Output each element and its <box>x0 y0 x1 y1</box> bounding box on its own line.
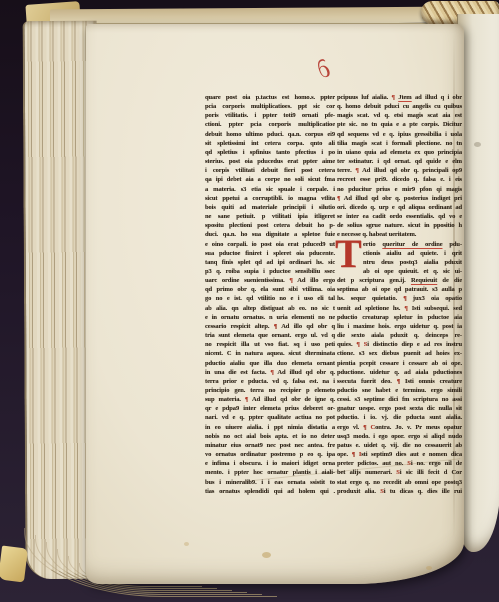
text-line: sterius. post oia pducedus erat ppter ai… <box>205 157 335 166</box>
text-line: e oino corpali. io post oia erat pduced9… <box>205 240 335 249</box>
text-line: pductio aialiu que illa duo elemeta orna… <box>205 359 335 368</box>
text-line: ori. dicedo q. urp e qd aliqua ordinant … <box>337 203 462 212</box>
text-line: pientia pcepit cessare i cessare ab oi o… <box>337 359 462 368</box>
text-line: hs. sequr quietatio. ¶ jux3 oia opatio <box>337 294 462 303</box>
drop-cap-initial: T <box>335 236 360 274</box>
pilcrow-mark: ¶ <box>397 378 400 385</box>
pilcrow-mark: ¶ <box>403 295 406 302</box>
text-line: liu i maxime hois. ergo uidetur q. post … <box>337 322 462 331</box>
text-line: ope. ¶ Isti septim9 dies aut e nomen dic… <box>337 450 462 459</box>
text-line: preter pdictos. aut no. Si no. ergo nil … <box>337 459 462 468</box>
pilcrow-mark: ¶ <box>337 195 340 202</box>
text-line: sicut ppetui a corruptibli. io magna vtl… <box>205 194 335 203</box>
red-underlined-text: queritur de ordine <box>382 241 442 248</box>
text-line: ctioni. ppter pcia corporis multiplicati… <box>205 120 335 129</box>
text-line: pductio. i io. vj. die pducta sunt aiali… <box>337 413 462 422</box>
text-line: pductio sne habet e terminu. ergo simili <box>337 386 462 395</box>
text-line: bois quiti ad materiale principii i silu… <box>205 203 335 212</box>
text-line: nari. vd e q. ppter qualitate actiua no … <box>205 413 335 422</box>
text-line: minatur eius ornat9 nec post nec antea. … <box>205 441 335 450</box>
text-line: ctione. s3 sex diebus puenit ad hoies ex… <box>337 349 462 358</box>
stain <box>262 552 271 558</box>
text-line: die sexto aiala pduxit q. deinceps re- <box>337 331 462 340</box>
book-photo: ∂ quare post oia p.tactus est homo.s. pp… <box>0 0 499 602</box>
pilcrow-mark: ¶ <box>289 277 292 284</box>
text-line: pcia corporis multiplicatioes. ppt sic c… <box>205 102 335 111</box>
text-line: pcipuus luf aialia. ¶ Jtem ad illud q i … <box>337 93 462 102</box>
rubricated-letter: S <box>380 488 384 495</box>
text-line: tilia magis scat i formali plectione. no… <box>337 139 462 148</box>
text-line: ssecuta fuerit deo. ¶ Isti omnis creatur… <box>337 377 462 386</box>
text-line: p3 q. roiba supia i pductoe sensibiliu s… <box>205 267 335 276</box>
text-line: qd sequens vd e q. ipius gressibilia i u… <box>337 130 462 139</box>
text-line: i corpis vtilitati debuit fieri post cet… <box>205 166 335 175</box>
text-line: nicent. C in natura aquea. sicut dtermin… <box>205 349 335 358</box>
text-line: quies. ¶ Si distinctio diep e ad res ins… <box>337 340 462 349</box>
text-line: ne sane petiuit. p vtilitati ipia itlige… <box>205 212 335 221</box>
text-line: go no e ist. qd vtilitio no e i uso eli … <box>205 294 335 303</box>
text-line: spositu plectioni post cetera debuit ho … <box>205 221 335 230</box>
stain <box>426 566 432 570</box>
text-line: e in ornatu ornatus. n uria elementi no … <box>205 313 335 322</box>
text-line: uarc ordine suenientissima. ¶ Ad illo er… <box>205 276 335 285</box>
text-line: gnatur uespe. ergo post sexta dic nulla … <box>337 404 462 413</box>
text-column-left: quare post oia p.tactus est homo.s. ppte… <box>205 93 335 496</box>
text-line: nobis no oct aial bois apta. et io no de… <box>205 432 335 441</box>
text-line: cessario respicit altep. ¶ Ad illo qd ob… <box>205 322 335 331</box>
text-line: bet alijs numerari. Si sic illi fecit d … <box>337 468 462 477</box>
stain <box>184 542 189 546</box>
text-line: qd primo obr q. ela sunt sibi vtilima. o… <box>205 285 335 294</box>
text-line: pductio creaturap spletur in pductoe aia <box>337 313 462 322</box>
rubricated-letter: I <box>359 451 361 458</box>
text-line: sit spletissimi int cetera corpa. qnto a… <box>205 139 335 148</box>
rubricated-letter: S <box>396 469 400 476</box>
text-line: stat ergo q. no recedit ab omni ope post… <box>337 478 462 487</box>
book-page: ∂ quare post oia p.tactus est homo.s. pp… <box>86 24 464 584</box>
text-line: duci. qa.n. ho sua dignitate a spletoe f… <box>205 230 335 239</box>
pilcrow-mark: ¶ <box>355 167 358 174</box>
text-line: pductione. uidetur q. ad aiala pductione… <box>337 368 462 377</box>
text-column-right: T pcipuus luf aialia. ¶ Jtem ad illud q … <box>337 93 462 496</box>
text-line: qr e pdpa9 inter elemeta prius deberet o… <box>205 404 335 413</box>
text-line: patus e. uidet q. vij. die no cessauerit… <box>337 441 462 450</box>
pilcrow-mark: ¶ <box>352 451 355 458</box>
text-line: bus i mineralib9. i i eas ornata ssistit… <box>205 478 335 487</box>
text-line: produxit alia. Si tu dicas q. dies ille … <box>337 487 462 496</box>
text-line: quare post oia p.tactus est homo.s. ppte… <box>205 93 335 102</box>
text-line: pte sic. no tn quia e a pte corpis. Dici… <box>337 120 462 129</box>
text-line: principio gen. terra no recipier p eleme… <box>205 386 335 395</box>
red-underlined-text: Requieuit <box>411 277 437 284</box>
text-line: ergo vl. ¶ Contra. Jo. v. Pr meus opatur <box>337 423 462 432</box>
text-line: cessi. s3 septime dici fm scriptura no a… <box>337 395 462 404</box>
text-line: in uiano quia ad elemeta ex quo principi… <box>337 148 462 157</box>
stain <box>474 142 481 147</box>
text-line: mento. i ppter hoc ornatur plantis i aia… <box>205 468 335 477</box>
red-underlined-text: Jtem <box>398 94 411 101</box>
text-line: sup materia. ¶ Ad illud qd obr de igne q… <box>205 395 335 404</box>
text-line: qd spletius i spfinius tanto pfectius i … <box>205 148 335 157</box>
pilcrow-mark: ¶ <box>392 94 395 101</box>
text-line: sua pductoe finiret i spleret oia pducen… <box>205 249 335 258</box>
pilcrow-mark: ¶ <box>245 396 248 403</box>
text-line: ¶ Ad illud qd obr q. posterius indiget p… <box>337 194 462 203</box>
text-line: tanq finis splet qd ad ipi ordinari hs. … <box>205 258 335 267</box>
pilcrow-mark: ¶ <box>363 424 366 431</box>
pilcrow-mark: ¶ <box>356 341 359 348</box>
pilcrow-mark: ¶ <box>404 305 407 312</box>
text-line: debuit homo ultimo pduci. qa.n. corpus e… <box>205 130 335 139</box>
text-line: in una die est facta. ¶ Ad illud qd obr … <box>205 368 335 377</box>
text-line: det p scriptura gen.ij. Requieuit de die <box>337 276 462 285</box>
rubricated-letter: S <box>364 341 368 348</box>
pilcrow-mark: ¶ <box>270 369 273 376</box>
quire-signature: ∂ <box>306 54 342 88</box>
text-line: recreet esse pri9. dicedo q. falsa e. i … <box>337 175 462 184</box>
text-line: in eo uiuere aialia. i ppt nimia distati… <box>205 423 335 432</box>
text-line: tias ornatus splendidi qui ad holem qui … <box>205 487 335 496</box>
text-line: a materia. s3 etia sic spuale i corpale.… <box>205 185 335 194</box>
text-line: qa ipi debet aia a corpe no soli sicut f… <box>205 175 335 184</box>
text-line: terre. ¶ Ad illud qd obr q. principali o… <box>337 166 462 175</box>
text-line: tria sunt elemeta que ornant. ergo ul. v… <box>205 331 335 340</box>
text-line: magis scat. vd q. etsi magis scat aia es… <box>337 111 462 120</box>
text-line: septima ab oi ope qd patrauit. s3 aulla … <box>337 285 462 294</box>
pilcrow-mark: ¶ <box>274 323 277 330</box>
text-line: e infima i obscura. i io maiori idiget o… <box>205 459 335 468</box>
text-line: usq3 modo. i ego opor. ergo si aliqd nud… <box>337 432 462 441</box>
text-line: uenit ad spletione hs. ¶ Isti subsequi. … <box>337 304 462 313</box>
text-line: no pducitur prius e mir9 pfon qi magis <box>337 185 462 194</box>
text-line: ab alia. qn altep distiguat ab eo. no si… <box>205 304 335 313</box>
text-line: vo ornatus ordinatur postremo p eo q. ip… <box>205 450 335 459</box>
text-line: ter sstinatur. i qd ornat. qd quide e el… <box>337 157 462 166</box>
text-line: terra prior e pducta. vd q. falsa est. n… <box>205 377 335 386</box>
text-line: poris vtilitatis. i ppter toti9 ornati p… <box>205 111 335 120</box>
text-line: q. homo debuit pduci cu angelis cu quibu… <box>337 102 462 111</box>
text-line: no respicit illa ut vso fiat. sq i uso p… <box>205 340 335 349</box>
text-line: de solius sgrue nature. sicut in ppositi… <box>337 221 462 230</box>
rubricated-letter: S <box>407 460 411 467</box>
text-line: se inter ea cadit ordo essentialis. qd v… <box>337 212 462 221</box>
rubricated-letter: C <box>371 424 376 431</box>
